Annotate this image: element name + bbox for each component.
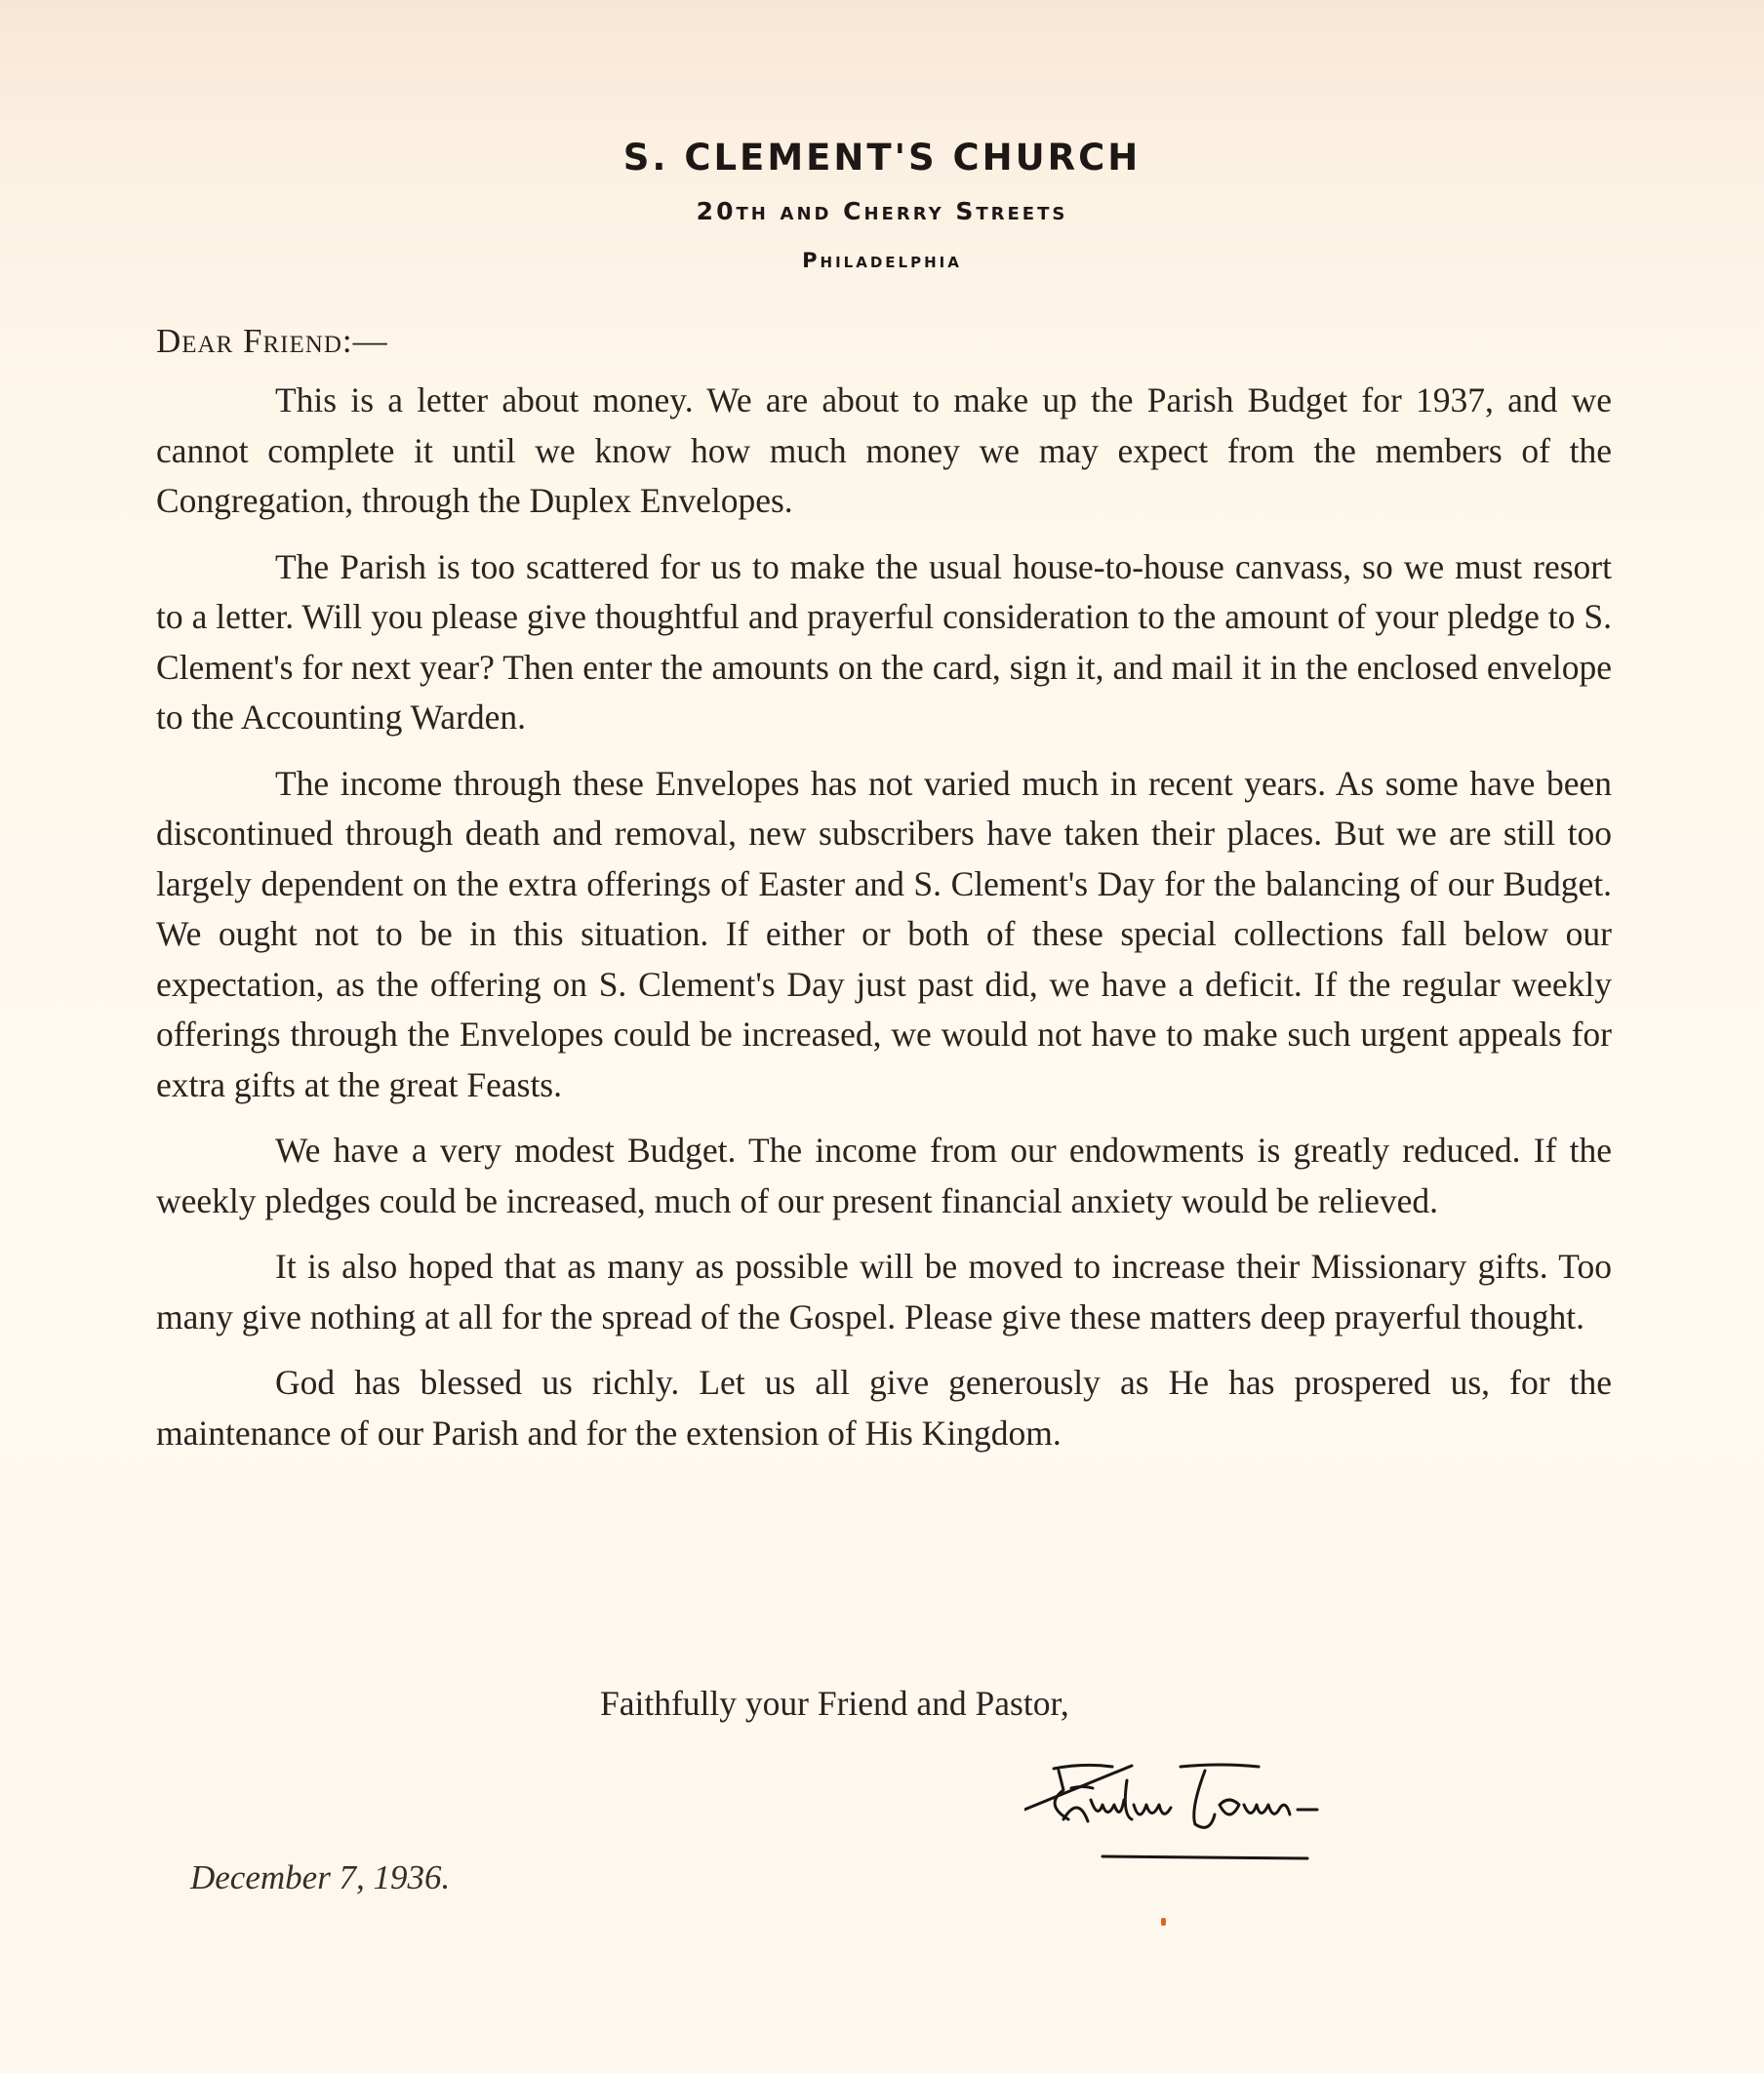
signature-icon — [1024, 1761, 1590, 1868]
paper-speck — [1161, 1918, 1166, 1926]
salutation: Dear Friend:— — [156, 322, 388, 361]
letter-date: December 7, 1936. — [190, 1858, 450, 1897]
paragraph: This is a letter about money. We are abo… — [156, 376, 1612, 527]
paragraph: The income through these Envelopes has n… — [156, 759, 1612, 1111]
paragraph: It is also hoped that as many as possibl… — [156, 1242, 1612, 1342]
letterhead-city: Philadelphia — [0, 249, 1764, 272]
letterhead-address: 20th and Cherry Streets — [0, 197, 1764, 225]
letterhead-church-name: S. CLEMENT'S CHURCH — [0, 137, 1764, 179]
letter-body: This is a letter about money. We are abo… — [156, 376, 1612, 1474]
handwritten-signature — [1024, 1761, 1590, 1868]
paragraph: We have a very modest Budget. The income… — [156, 1126, 1612, 1226]
paragraph: The Parish is too scattered for us to ma… — [156, 542, 1612, 743]
closing: Faithfully your Friend and Pastor, — [600, 1683, 1069, 1724]
paragraph: God has blessed us richly. Let us all gi… — [156, 1358, 1612, 1458]
